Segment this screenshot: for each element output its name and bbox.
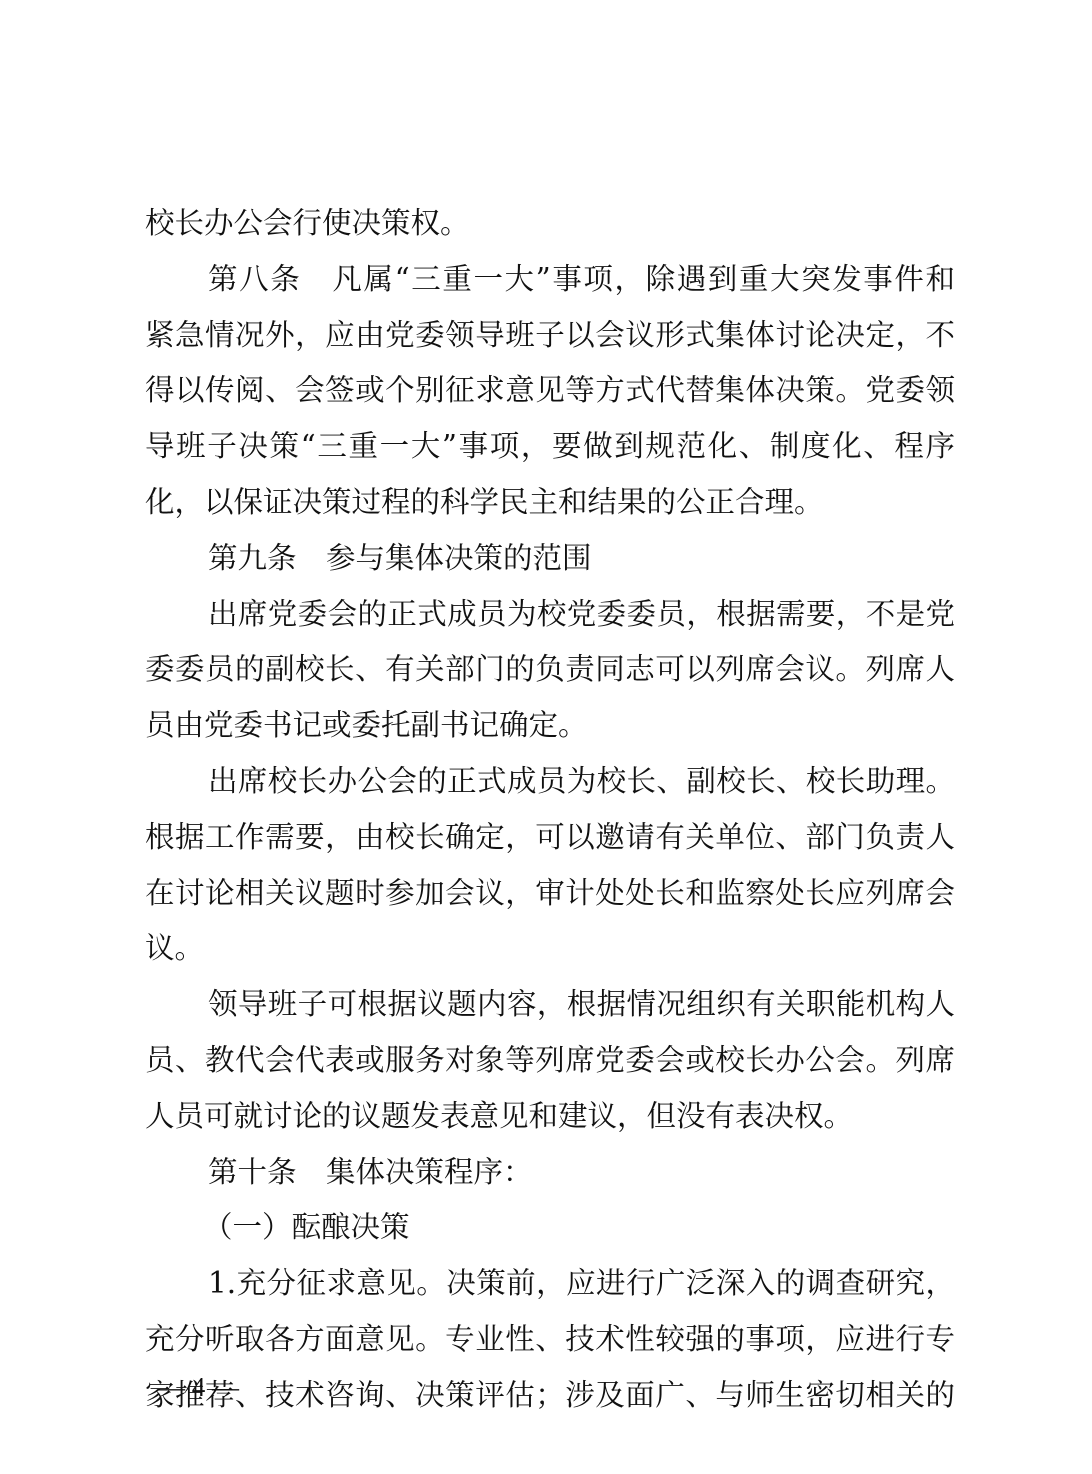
page-number: — 4 — — [158, 1372, 239, 1402]
text-line: 人员可就讨论的议题发表意见和建议，但没有表决权。 — [145, 1089, 955, 1145]
article-8-heading-line: 第八条 凡属“三重一大”事项，除遇到重大突发事件和 — [145, 252, 955, 308]
article-10-heading: 第十条 集体决策程序： — [145, 1145, 955, 1201]
text-line: 领导班子可根据议题内容，根据情况组织有关职能机构人 — [145, 977, 955, 1033]
text-line: 1.充分征求意见。决策前，应进行广泛深入的调查研究， — [145, 1256, 955, 1312]
text-line: 家推荐、技术咨询、决策评估；涉及面广、与师生密切相关的 — [145, 1368, 955, 1424]
text-line: 根据工作需要，由校长确定，可以邀请有关单位、部门负责人 — [145, 810, 955, 866]
text-line: 在讨论相关议题时参加会议，审计处处长和监察处长应列席会 — [145, 866, 955, 922]
article-9-heading: 第九条 参与集体决策的范围 — [145, 531, 955, 587]
text-line: 充分听取各方面意见。专业性、技术性较强的事项，应进行专 — [145, 1312, 955, 1368]
text-line: 导班子决策“三重一大”事项，要做到规范化、制度化、程序 — [145, 419, 955, 475]
text-line: 出席校长办公会的正式成员为校长、副校长、校长助理。 — [145, 754, 955, 810]
section-1-heading: （一）酝酿决策 — [145, 1200, 955, 1256]
text-line: 得以传阅、会签或个别征求意见等方式代替集体决策。党委领 — [145, 363, 955, 419]
text-line: 委委员的副校长、有关部门的负责同志可以列席会议。列席人 — [145, 642, 955, 698]
text-line: 紧急情况外，应由党委领导班子以会议形式集体讨论决定，不 — [145, 308, 955, 364]
text-line: 员、教代会代表或服务对象等列席党委会或校长办公会。列席 — [145, 1033, 955, 1089]
document-body: 校长办公会行使决策权。 第八条 凡属“三重一大”事项，除遇到重大突发事件和 紧急… — [145, 196, 955, 1424]
text-line: 化，以保证决策过程的科学民主和结果的公正合理。 — [145, 475, 955, 531]
text-line: 员由党委书记或委托副书记确定。 — [145, 698, 955, 754]
document-page: 校长办公会行使决策权。 第八条 凡属“三重一大”事项，除遇到重大突发事件和 紧急… — [0, 0, 1092, 1474]
text-line: 校长办公会行使决策权。 — [145, 196, 955, 252]
text-line: 议。 — [145, 921, 955, 977]
text-line: 出席党委会的正式成员为校党委委员，根据需要，不是党 — [145, 587, 955, 643]
